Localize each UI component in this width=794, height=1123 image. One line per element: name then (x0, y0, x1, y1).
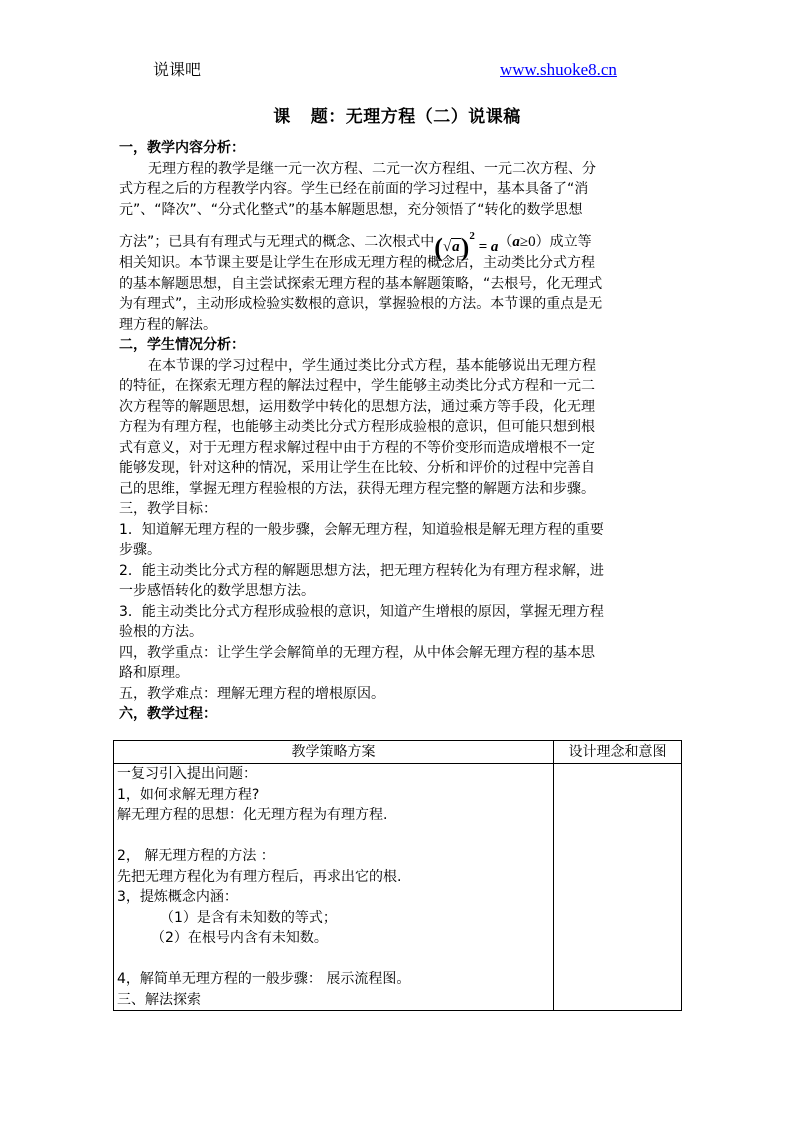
table-line: 3，提炼概念内涵： (117, 887, 550, 908)
strategy-cell: 一复习引入提出问题： 1，如何求解无理方程? 解无理方程的思想：化无理方程为有理… (114, 764, 554, 1011)
paragraph-line: 理方程的解法。 (119, 315, 675, 336)
objective-line: 验根的方法。 (119, 622, 675, 643)
section-heading-objectives: 三，教学目标： (119, 499, 675, 520)
paragraph-line: 能够发现，针对这种的情况，采用让学生在比较、分析和评价的过程中完善自 (119, 458, 675, 479)
site-url-link[interactable]: www.shuoke8.cn (500, 60, 617, 80)
table-line: 解无理方程的思想：化无理方程为有理方程. (117, 805, 550, 826)
section-difficulties: 五，教学难点：理解无理方程的增根原因。 (119, 684, 675, 705)
table-line: 2， 解无理方程的方法 ： (117, 846, 550, 867)
title-prefix: 课 (273, 107, 291, 127)
paragraph-line: 己的思维，掌握无理方程验根的方法，获得无理方程完整的解题方法和步骤。 (119, 479, 675, 500)
teaching-process-table: 教学策略方案 设计理念和意图 一复习引入提出问题： 1，如何求解无理方程? 解无… (113, 740, 682, 1011)
section-heading-student-analysis: 二，学生情况分析： (119, 335, 675, 356)
table-header-row: 教学策略方案 设计理念和意图 (114, 741, 682, 764)
table-line: 一复习引入提出问题： (117, 764, 550, 785)
paragraph-line: 方程为有理方程，也能够主动类比分式方程形成验根的意识，但可能只想到根 (119, 417, 675, 438)
title-main: 题：无理方程（二）说课稿 (311, 107, 521, 127)
table-line: 先把无理方程化为有理方程后，再求出它的根. (117, 867, 550, 888)
section-key-points: 路和原理。 (119, 663, 675, 684)
column-header-design-intent: 设计理念和意图 (554, 741, 682, 764)
document-body: 一，教学内容分析： 无理方程的教学是继一元一次方程、二元一次方程组、一元二次方程… (119, 138, 675, 725)
section-key-points: 四，教学重点：让学生学会解简单的无理方程，从中体会解无理方程的基本思 (119, 643, 675, 664)
table-line-blank (117, 826, 550, 847)
paragraph-line: 元”、“降次”、“分式化整式”的基本解题思想，充分领悟了“转化的数学思想 (119, 200, 675, 221)
page-title: 课题：无理方程（二）说课稿 (0, 106, 794, 128)
table-line: （2）在根号内含有未知数。 (117, 928, 550, 949)
table-line: （1）是含有未知数的等式； (117, 908, 550, 929)
column-header-strategy: 教学策略方案 (114, 741, 554, 764)
paragraph-line: 式有意义，对于无理方程求解过程中由于方程的不等价变形而造成增根不一定 (119, 438, 675, 459)
table-line: 三、解法探索 (117, 990, 550, 1011)
table-line: 1，如何求解无理方程? (117, 785, 550, 806)
site-name: 说课吧 (153, 60, 201, 80)
paragraph-line: 为有理式”，主动形成检验实数根的意识，掌握验根的方法。本节课的重点是无 (119, 294, 675, 315)
paragraph-line: 无理方程的教学是继一元一次方程、二元一次方程组、一元二次方程、分 (119, 159, 675, 180)
table-line: 4，解简单无理方程的一般步骤： 展示流程图。 (117, 969, 550, 990)
objective-line: 3．能主动类比分式方程形成验根的意识，知道产生增根的原因，掌握无理方程 (119, 602, 675, 623)
section-heading-content-analysis: 一，教学内容分析： (119, 138, 675, 159)
objective-line: 一步感悟转化的数学思想方法。 (119, 581, 675, 602)
paragraph-line: 的特征，在探索无理方程的解法过程中，学生能够主动类比分式方程和一元二 (119, 376, 675, 397)
paragraph-line: 式方程之后的方程教学内容。学生已经在前面的学习过程中，基本具备了“消 (119, 179, 675, 200)
design-intent-cell (554, 764, 682, 1011)
paragraph-line: 次方程等的解题思想，运用数学中转化的思想方法，通过乘方等手段，化无理 (119, 397, 675, 418)
table-row: 一复习引入提出问题： 1，如何求解无理方程? 解无理方程的思想：化无理方程为有理… (114, 764, 682, 1011)
section-heading-process: 六，教学过程： (119, 704, 675, 725)
objective-line: 步骤。 (119, 540, 675, 561)
paragraph-line: 在本节课的学习过程中，学生通过类比分式方程，基本能够说出无理方程 (119, 356, 675, 377)
paragraph-line: 相关知识。本节课主要是让学生在形成无理方程的概念后，主动类比分式方程 (119, 253, 675, 274)
objective-line: 2．能主动类比分式方程的解题思想方法，把无理方程转化为有理方程求解，进 (119, 561, 675, 582)
paragraph-line-with-formula: 方法”；已具有有理式与无理式的概念、二次根式中(√a)2 = a（a≥0）成立等 (119, 220, 675, 253)
paragraph-line: 的基本解题思想，自主尝试探索无理方程的基本解题策略，“去根号，化无理式 (119, 274, 675, 295)
objective-line: 1．知道解无理方程的一般步骤，会解无理方程，知道验根是解无理方程的重要 (119, 520, 675, 541)
paragraph-line: 方法”；已具有有理式与无理式的概念、二次根式中 (119, 234, 434, 250)
table-line-blank (117, 949, 550, 970)
